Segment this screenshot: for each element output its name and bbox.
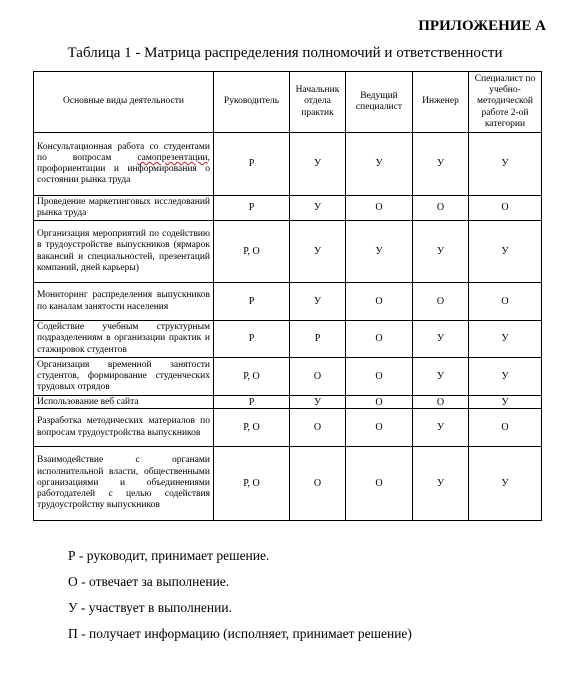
role-cell: О bbox=[469, 409, 542, 447]
legend-item-o: О - отвечает за выполнение. bbox=[68, 572, 412, 598]
role-cell: Р bbox=[214, 321, 290, 358]
table-header-row: Основные виды деятельности Руководитель … bbox=[34, 72, 542, 133]
legend-item-r: Р - руководит, принимает решение. bbox=[68, 546, 412, 572]
header-methodist: Специалист по учебно-методической работе… bbox=[469, 72, 542, 133]
spellcheck-underline: самопрезентации bbox=[137, 153, 207, 163]
role-cell: У bbox=[469, 358, 542, 396]
header-activity: Основные виды деятельности bbox=[34, 72, 214, 133]
table-row: Организация мероприятий по содействию в … bbox=[34, 221, 542, 283]
role-cell: О bbox=[290, 409, 346, 447]
role-cell: У bbox=[413, 447, 469, 521]
role-cell: У bbox=[413, 321, 469, 358]
role-cell: Р, О bbox=[214, 447, 290, 521]
role-cell: О bbox=[346, 409, 413, 447]
activity-cell: Организация временной занятости студенто… bbox=[34, 358, 214, 396]
table-caption: Таблица 1 - Матрица распределения полном… bbox=[0, 45, 570, 62]
role-cell: У bbox=[469, 221, 542, 283]
table-body: Консультационная работа со студентами по… bbox=[34, 133, 542, 521]
role-cell: О bbox=[346, 321, 413, 358]
role-cell: О bbox=[346, 283, 413, 321]
role-cell: О bbox=[469, 196, 542, 221]
role-cell: У bbox=[413, 358, 469, 396]
role-cell: У bbox=[469, 447, 542, 521]
role-cell: О bbox=[346, 196, 413, 221]
table-row: Содействие учебным структурным подраздел… bbox=[34, 321, 542, 358]
table-row: Консультационная работа со студентами по… bbox=[34, 133, 542, 196]
activity-cell: Организация мероприятий по содействию в … bbox=[34, 221, 214, 283]
activity-cell: Проведение маркетинговых исследований ры… bbox=[34, 196, 214, 221]
role-cell: О bbox=[346, 358, 413, 396]
role-cell: У bbox=[469, 321, 542, 358]
role-cell: У bbox=[290, 396, 346, 409]
legend-item-p: П - получает информацию (исполняет, прин… bbox=[68, 624, 412, 650]
role-cell: Р, О bbox=[214, 409, 290, 447]
responsibility-matrix-table: Основные виды деятельности Руководитель … bbox=[33, 71, 542, 521]
role-cell: О bbox=[290, 447, 346, 521]
role-cell: О bbox=[346, 396, 413, 409]
header-lead-specialist: Ведущий специалист bbox=[346, 72, 413, 133]
legend: Р - руководит, принимает решение. О - от… bbox=[68, 546, 412, 650]
role-cell: У bbox=[413, 221, 469, 283]
role-cell: Р bbox=[214, 133, 290, 196]
role-cell: У bbox=[290, 133, 346, 196]
role-cell: Р bbox=[214, 196, 290, 221]
activity-cell: Взаимодействие с органами исполнительной… bbox=[34, 447, 214, 521]
table-row: Организация временной занятости студенто… bbox=[34, 358, 542, 396]
header-manager: Руководитель bbox=[214, 72, 290, 133]
role-cell: О bbox=[346, 447, 413, 521]
role-cell: У bbox=[290, 221, 346, 283]
role-cell: У bbox=[290, 283, 346, 321]
role-cell: У bbox=[346, 221, 413, 283]
role-cell: Р, О bbox=[214, 221, 290, 283]
table-row: Взаимодействие с органами исполнительной… bbox=[34, 447, 542, 521]
header-engineer: Инженер bbox=[413, 72, 469, 133]
activity-cell: Разработка методических материалов по во… bbox=[34, 409, 214, 447]
table-row: Использование веб сайтаРУООУ bbox=[34, 396, 542, 409]
role-cell: Р bbox=[214, 283, 290, 321]
table-row: Разработка методических материалов по во… bbox=[34, 409, 542, 447]
role-cell: О bbox=[413, 196, 469, 221]
role-cell: У bbox=[413, 133, 469, 196]
role-cell: О bbox=[413, 396, 469, 409]
table-row: Проведение маркетинговых исследований ры… bbox=[34, 196, 542, 221]
header-practice-head: Начальник отдела практик bbox=[290, 72, 346, 133]
role-cell: О bbox=[413, 283, 469, 321]
appendix-title: ПРИЛОЖЕНИЕ А bbox=[418, 18, 546, 35]
role-cell: Р bbox=[290, 321, 346, 358]
role-cell: О bbox=[290, 358, 346, 396]
activity-cell: Мониторинг распределения выпускников по … bbox=[34, 283, 214, 321]
role-cell: У bbox=[413, 409, 469, 447]
role-cell: Р, О bbox=[214, 358, 290, 396]
role-cell: О bbox=[469, 283, 542, 321]
role-cell: У bbox=[290, 196, 346, 221]
role-cell: У bbox=[346, 133, 413, 196]
role-cell: Р bbox=[214, 396, 290, 409]
role-cell: У bbox=[469, 133, 542, 196]
activity-cell: Консультационная работа со студентами по… bbox=[34, 133, 214, 196]
table-row: Мониторинг распределения выпускников по … bbox=[34, 283, 542, 321]
activity-cell: Содействие учебным структурным подраздел… bbox=[34, 321, 214, 358]
activity-cell: Использование веб сайта bbox=[34, 396, 214, 409]
role-cell: У bbox=[469, 396, 542, 409]
legend-item-u: У - участвует в выполнении. bbox=[68, 598, 412, 624]
